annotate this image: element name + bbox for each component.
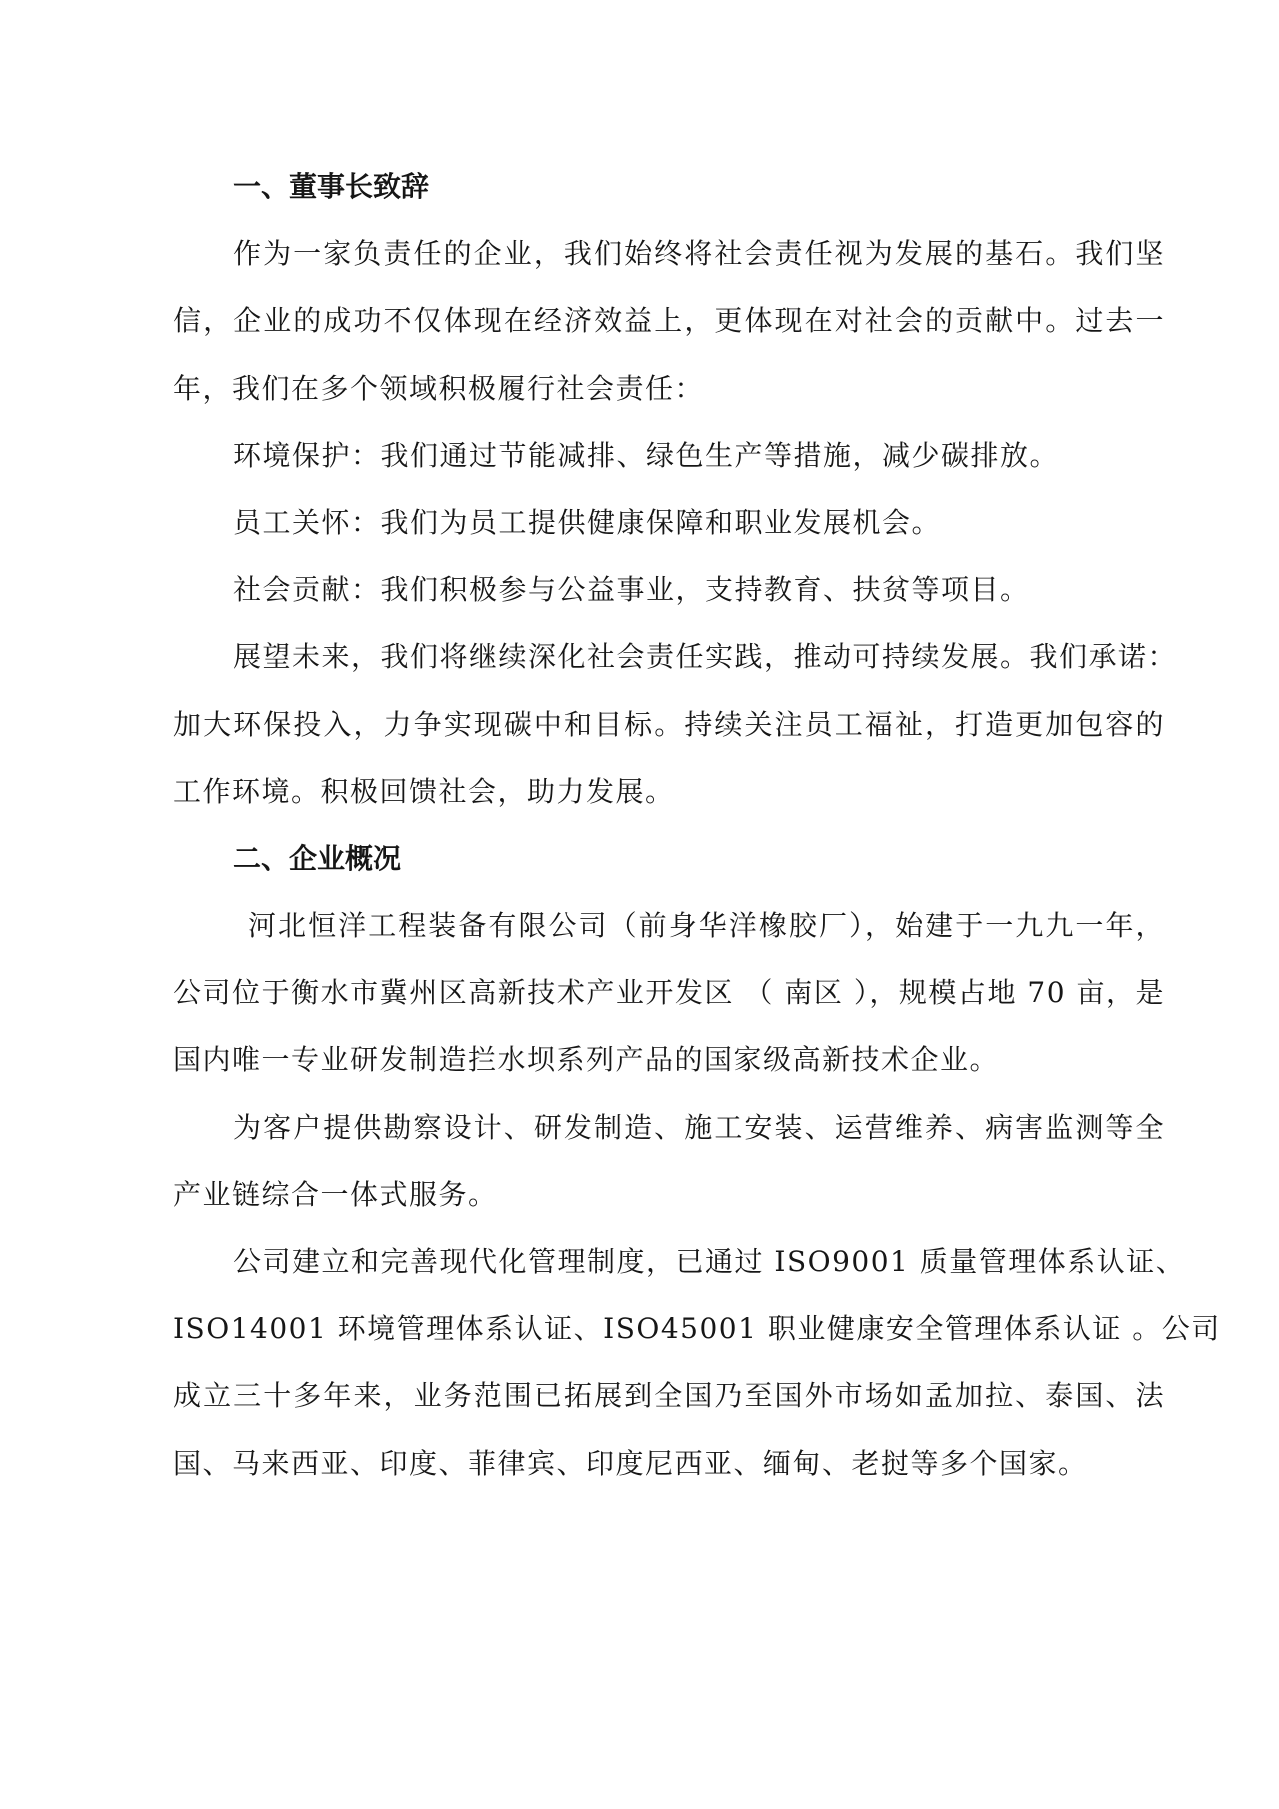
paragraph-management: 公司建立和完善现代化管理制度，已通过 ISO9001 质量管理体系认证、 ISO… — [173, 1228, 1165, 1497]
paragraph-services: 为客户提供勘察设计、研发制造、施工安装、运营维养、病害监测等全 产业链综合一体式… — [173, 1094, 1165, 1228]
paragraph-line: 信，企业的成功不仅体现在经济效益上，更体现在对社会的贡献中。过去一 — [173, 287, 1165, 354]
paragraph-company: 河北恒洋工程装备有限公司（前身华洋橡胶厂），始建于一九九一年， 公司位于衡水市冀… — [173, 892, 1165, 1094]
paragraph-line: ISO14001 环境管理体系认证、ISO45001 职业健康安全管理体系认证 … — [173, 1295, 1165, 1362]
paragraph-line: 国内唯一专业研发制造拦水坝系列产品的国家级高新技术企业。 — [173, 1026, 1165, 1093]
paragraph-line: 公司位于衡水市冀州区高新技术产业开发区 （ 南区 ），规模占地 70 亩，是 — [173, 959, 1165, 1026]
paragraph-line: 工作环境。积极回馈社会，助力发展。 — [173, 758, 1165, 825]
paragraph-intro: 作为一家负责任的企业，我们始终将社会责任视为发展的基石。我们坚 信，企业的成功不… — [173, 220, 1165, 422]
paragraph-line: 公司建立和完善现代化管理制度，已通过 ISO9001 质量管理体系认证、 — [173, 1228, 1165, 1295]
item-social-contribution: 社会贡献：我们积极参与公益事业，支持教育、扶贫等项目。 — [173, 556, 1165, 623]
paragraph-line: 展望未来，我们将继续深化社会责任实践，推动可持续发展。我们承诺： — [173, 623, 1165, 690]
paragraph-line: 产业链综合一体式服务。 — [173, 1161, 1165, 1228]
paragraph-line: 国、马来西亚、印度、菲律宾、印度尼西亚、缅甸、老挝等多个国家。 — [173, 1430, 1165, 1497]
item-environment: 环境保护：我们通过节能减排、绿色生产等措施，减少碳排放。 — [173, 422, 1165, 489]
item-employee-care: 员工关怀：我们为员工提供健康保障和职业发展机会。 — [173, 489, 1165, 556]
paragraph-line: 成立三十多年来，业务范围已拓展到全国乃至国外市场如孟加拉、泰国、法 — [173, 1362, 1165, 1429]
section-heading-company-overview: 二、企业概况 — [173, 825, 1165, 892]
section-heading-chairman-address: 一、董事长致辞 — [173, 153, 1165, 220]
document-page: 一、董事长致辞 作为一家负责任的企业，我们始终将社会责任视为发展的基石。我们坚 … — [173, 153, 1165, 1497]
paragraph-outlook: 展望未来，我们将继续深化社会责任实践，推动可持续发展。我们承诺： 加大环保投入，… — [173, 623, 1165, 825]
paragraph-line: 作为一家负责任的企业，我们始终将社会责任视为发展的基石。我们坚 — [173, 220, 1165, 287]
paragraph-line: 加大环保投入，力争实现碳中和目标。持续关注员工福祉，打造更加包容的 — [173, 691, 1165, 758]
paragraph-line: 年，我们在多个领域积极履行社会责任： — [173, 355, 1165, 422]
paragraph-line: 为客户提供勘察设计、研发制造、施工安装、运营维养、病害监测等全 — [173, 1094, 1165, 1161]
paragraph-line: 河北恒洋工程装备有限公司（前身华洋橡胶厂），始建于一九九一年， — [173, 892, 1165, 959]
